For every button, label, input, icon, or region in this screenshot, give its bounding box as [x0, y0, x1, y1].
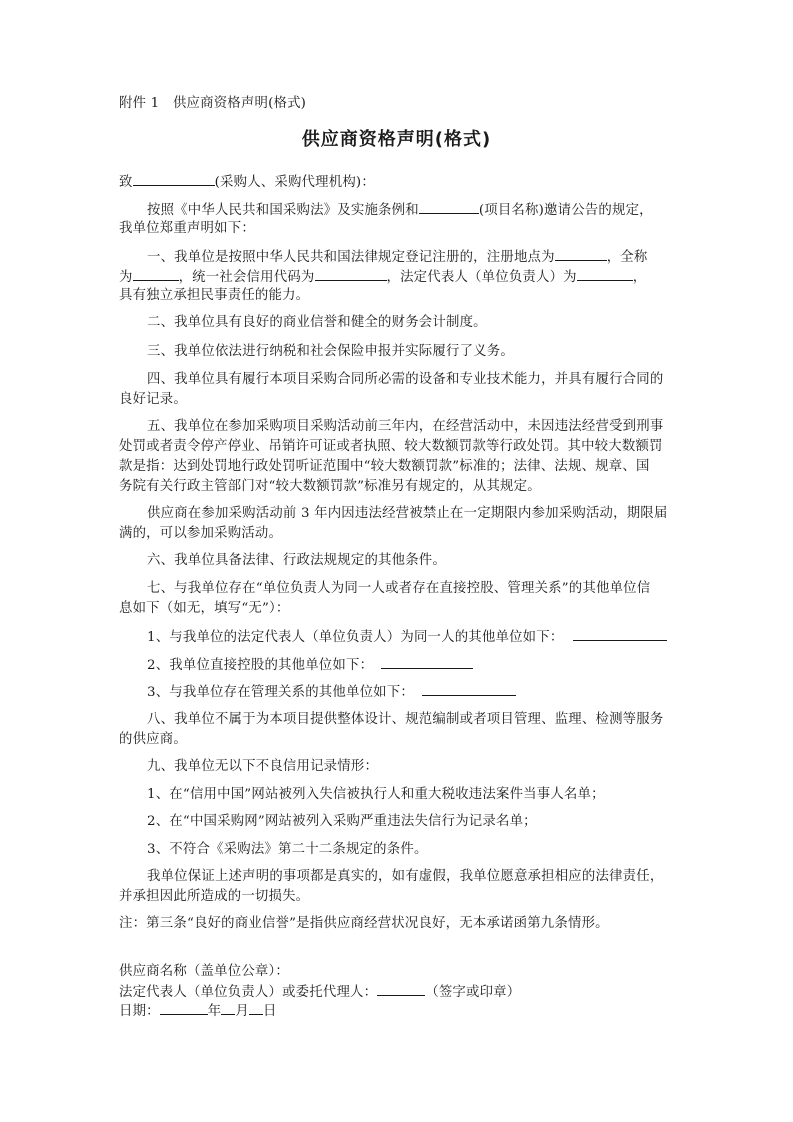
- clause-7-item-2: 2、我单位直接控股的其他单位如下：: [147, 654, 473, 676]
- registration-place-blank[interactable]: [555, 246, 607, 261]
- signature-blank[interactable]: [377, 981, 425, 996]
- clause-5-line-1: 五、我单位在参加采购项目采购活动前三年内，在经营活动中，未因违法经营受到刑事: [147, 417, 663, 437]
- salutation: 致(采购人、采购代理机构)：: [119, 171, 375, 193]
- guarantee-line-1: 我单位保证上述声明的事项都是真实的，如有虚假，我单位愿意承担相应的法律责任，: [147, 867, 663, 887]
- note: 注：第三条“良好的商业信誉”是指供应商经营状况良好，无本承诺函第九条情形。: [119, 914, 609, 934]
- year-blank[interactable]: [160, 1000, 208, 1015]
- month-blank[interactable]: [221, 1000, 235, 1015]
- clause-5-note-line-1: 供应商在参加采购活动前 3 年内因违法经营被禁止在一定期限内参加采购活动，期限届: [147, 504, 667, 524]
- clause-1-line-2: 为，统一社会信用代码为，法定代表人（单位负责人）为，: [119, 266, 646, 288]
- credit-code-blank[interactable]: [315, 266, 387, 281]
- clause-5-line-2: 处罚或者责令停产停业、吊销许可证或者执照、较大数额罚款等行政处罚。其中较大数额罚: [119, 437, 663, 457]
- clause-9-title: 九、我单位无以下不良信用记录情形：: [147, 757, 378, 777]
- document-title: 供应商资格声明(格式): [0, 125, 793, 151]
- clause-5-line-4: 务院有关行政主管部门对“较大数额罚款”标准另有规定的，从其规定。: [119, 477, 541, 497]
- clause-7-item-1: 1、与我单位的法定代表人（单位负责人）为同一人的其他单位如下：: [147, 626, 667, 648]
- clause-7-line-1: 七、与我单位存在“单位负责人为同一人或者存在直接控股、管理关系”的其他单位信: [147, 579, 650, 599]
- intro-line-1: 按照《中华人民共和国采购法》及实施条例和(项目名称)邀请公告的规定，: [147, 199, 653, 221]
- clause-1-line-1: 一、我单位是按照中华人民共和国法律规定登记注册的，注册地点为，全称: [147, 246, 648, 268]
- clause-7-line-2: 息如下（如无，填写“无”）：: [119, 599, 289, 619]
- clause-5-line-3: 款是指：达到处罚地行政处罚听证范围中“较大数额罚款”标准的；法律、法规、规章、国: [119, 457, 650, 477]
- clause-8-line-2: 的供应商。: [119, 730, 187, 750]
- same-rep-units-blank[interactable]: [573, 626, 667, 641]
- date-line: 日期：年月日: [119, 1000, 277, 1022]
- clause-9-item-2: 2、在“中国采购网”网站被列入采购严重违法失信行为记录名单；: [147, 812, 537, 832]
- intro-line-2: 我单位郑重声明如下：: [119, 219, 255, 239]
- full-name-blank[interactable]: [133, 266, 179, 281]
- clause-4-line-1: 四、我单位具有履行本项目采购合同所必需的设备和专业技术能力，并具有履行合同的: [147, 370, 663, 390]
- controlled-units-blank[interactable]: [381, 654, 473, 669]
- attachment-label: 附件 1 供应商资格声明(格式): [119, 94, 306, 114]
- clause-4-line-2: 良好记录。: [119, 390, 187, 410]
- clause-5-note-line-2: 满的，可以参加采购活动。: [119, 524, 282, 544]
- day-blank[interactable]: [249, 1000, 263, 1015]
- clause-3: 三、我单位依法进行纳税和社会保险申报并实际履行了义务。: [147, 342, 514, 362]
- clause-1-line-3: 具有独立承担民事责任的能力。: [119, 286, 309, 306]
- purchaser-blank[interactable]: [133, 171, 215, 186]
- clause-9-item-3: 3、不符合《采购法》第二十二条规定的条件。: [147, 840, 428, 860]
- guarantee-line-2: 并承担因此所造成的一切损失。: [119, 887, 309, 907]
- clause-7-item-3: 3、与我单位存在管理关系的其他单位如下：: [147, 681, 516, 703]
- managed-units-blank[interactable]: [422, 681, 516, 696]
- clause-6: 六、我单位具备法律、行政法规规定的其他条件。: [147, 551, 446, 571]
- legal-rep-blank[interactable]: [577, 266, 633, 281]
- clause-9-item-1: 1、在“信用中国”网站被列入失信被执行人和重大税收违法案件当事人名单；: [147, 785, 605, 805]
- supplier-name-label: 供应商名称（盖单位公章）：: [119, 962, 289, 982]
- clause-2: 二、我单位具有良好的商业信誉和健全的财务会计制度。: [147, 313, 487, 333]
- project-name-blank[interactable]: [419, 199, 479, 214]
- clause-8-line-1: 八、我单位不属于为本项目提供整体设计、规范编制或者项目管理、监理、检测等服务: [147, 710, 663, 730]
